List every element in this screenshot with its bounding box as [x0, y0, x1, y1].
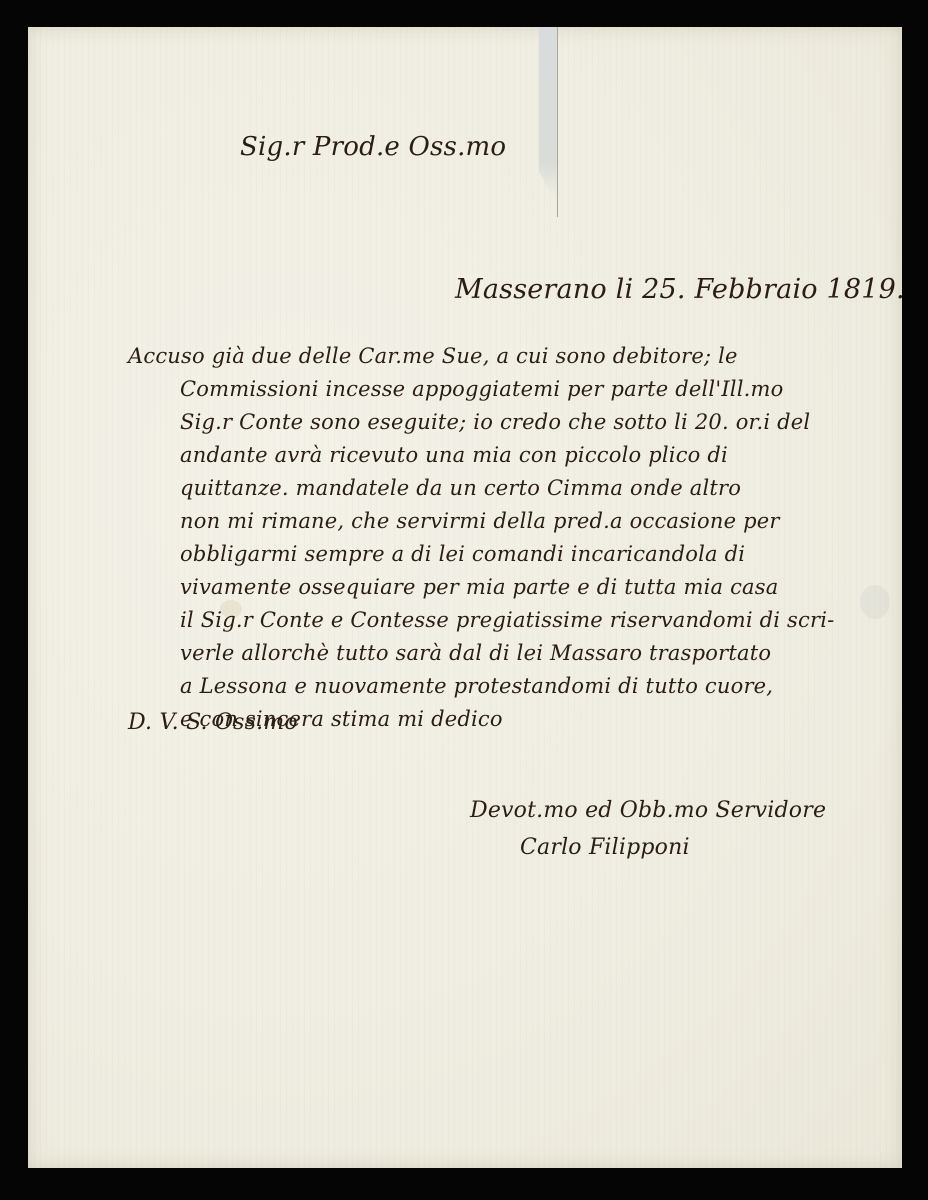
body-line: Sig.r Conte sono eseguite; io credo che …: [180, 410, 810, 434]
body-line: a Lessona e nuovamente protestandomi di …: [180, 674, 773, 698]
paper-fold-crease: [557, 27, 558, 217]
signature-name: Carlo Filipponi: [520, 835, 690, 860]
salutation: Sig.r Prod.e Oss.mo: [240, 132, 506, 162]
body-line: Commissioni incesse appoggiatemi per par…: [180, 377, 783, 401]
body-line: il Sig.r Conte e Contesse pregiatissime …: [180, 608, 834, 632]
body-line: obbligarmi sempre a di lei comandi incar…: [180, 542, 745, 566]
closing: D. V. S. Oss.mo: [128, 710, 298, 735]
paper-stain: [860, 585, 890, 619]
body-line: non mi rimane, che servirmi della pred.a…: [180, 509, 780, 533]
body-line: andante avrà ricevuto una mia con piccol…: [180, 443, 728, 467]
tape-strip: [539, 27, 558, 197]
dateline: Masserano li 25. Febbraio 1819.: [455, 274, 905, 305]
body-line: quittanze. mandatele da un certo Cimma o…: [180, 476, 741, 500]
signature-line-1: Devot.mo ed Obb.mo Servidore: [470, 798, 826, 823]
body-line: Accuso già due delle Car.me Sue, a cui s…: [128, 344, 738, 368]
body-line: verle allorchè tutto sarà dal di lei Mas…: [180, 641, 771, 665]
body-line: vivamente ossequiare per mia parte e di …: [180, 575, 778, 599]
